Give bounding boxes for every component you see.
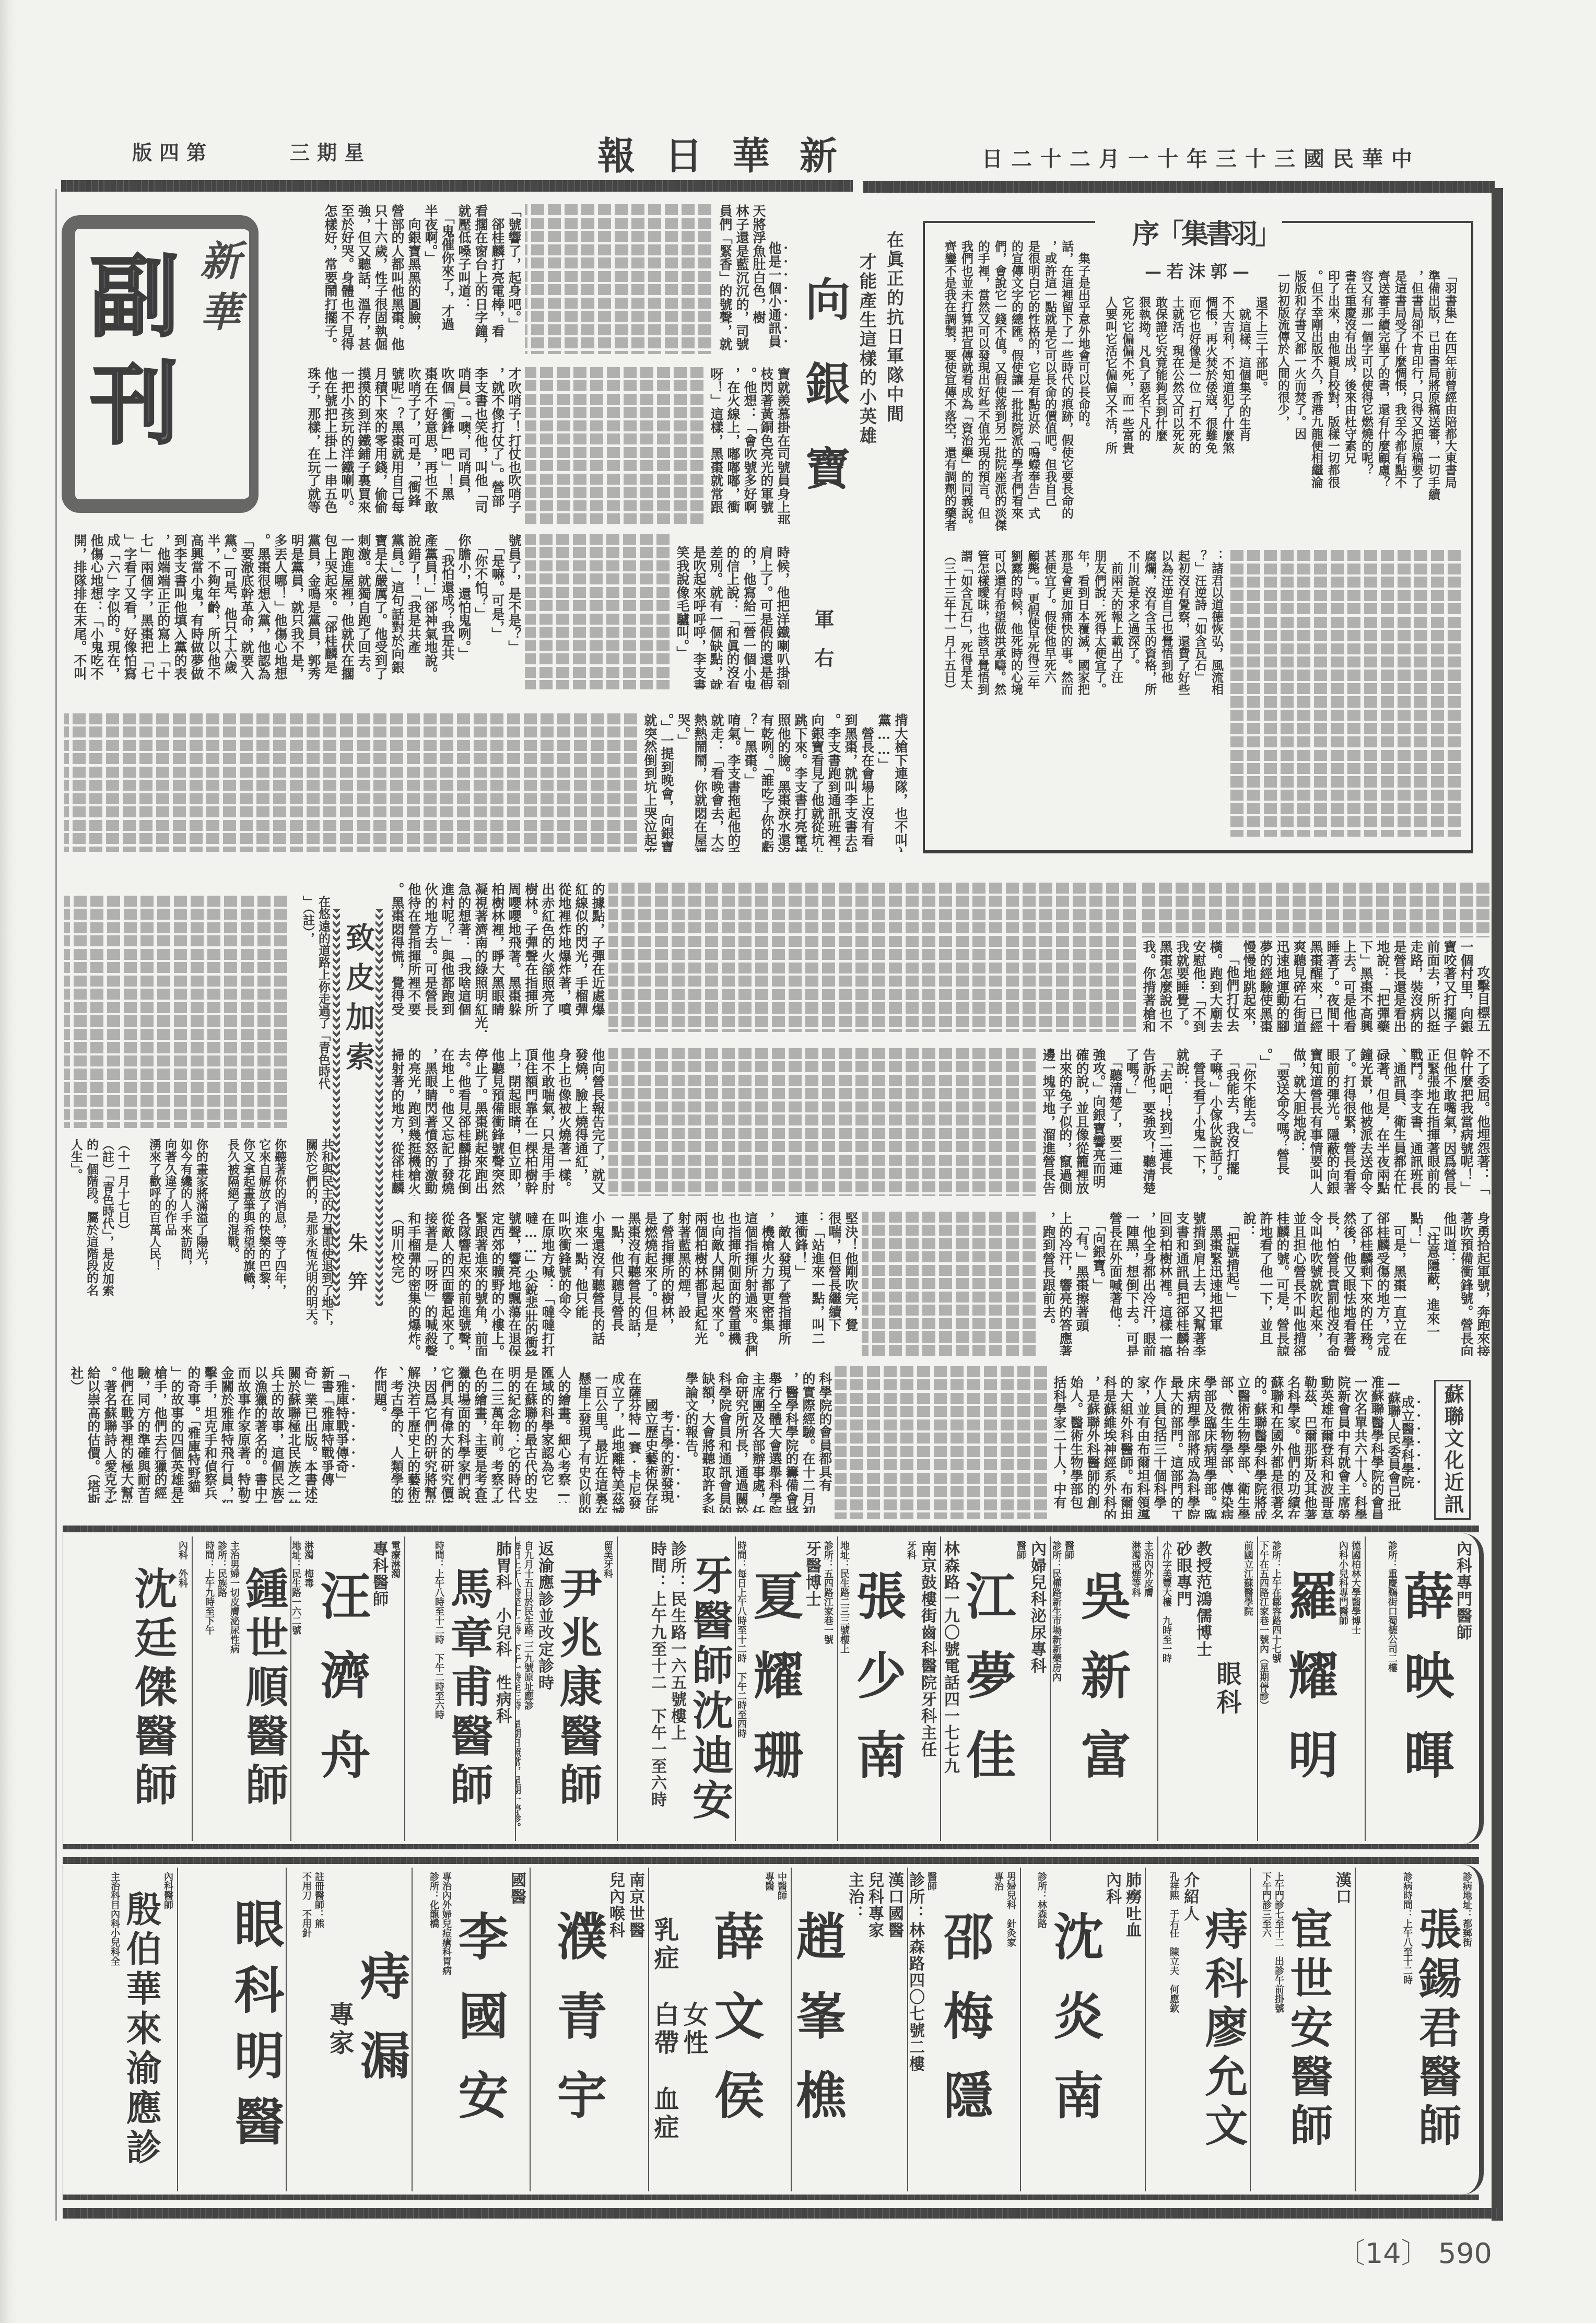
logo-script-text: 新華 — [187, 239, 246, 342]
ad-origin: 漢口 — [1332, 1872, 1352, 2187]
article-body-t7-left: 小鬼還沒有聽營長的話 進來一點，他只能 叫吹衝鋒號的命令 在原地方喊：「噠噠打打… — [389, 1212, 606, 1356]
ad-doctor-name: 江夢佳 — [960, 1541, 1014, 1837]
newspaper-title: 新華日報 — [554, 135, 867, 177]
ad-title: 中醫師 — [775, 1872, 788, 2187]
ad-doctor-name: 濮青宇 — [551, 1872, 605, 2187]
ad-dr-zhang-xijun: 診病地址：都郵街 張錫君醫師 診病時間：上午八至十二時 — [1356, 1864, 1476, 2195]
ad-notice: 返渝應診並改定診時 — [534, 1541, 554, 1837]
article-subtitle-1: 在眞正的抗日軍隊中間 — [884, 231, 905, 424]
ad-dr-pu-qingyu: 南京世醫 兒內喉科 濮青宇 — [531, 1864, 648, 2195]
soviet-news-title: 蘇聯文化近訊 — [1436, 1381, 1469, 1518]
ads-row-1: 內科專門醫師 薛映暉 診所：重慶鷄街口蜀德公司二樓 德國柏林大學醫學博士 內科小… — [63, 1533, 1481, 1844]
ad-dr-shen-tingjie: 內科 外科 沈廷傑醫師 — [67, 1533, 192, 1844]
ad-dr-zhong-shishun: 鍾世順醫師 主治男婦一切皮膚泌尿性病 診所：民族路 時間：上午九時至下午 — [193, 1533, 290, 1844]
soviet-news-title-box: 蘇聯文化近訊 — [1434, 1380, 1471, 1520]
ads-row-separator — [63, 1857, 1479, 1864]
ad-dr-xia-yaoshan: 診所：五四路江家巷一號 牙醫博士 夏耀珊 時間：每日上午八時至十二時 下午二時至… — [736, 1533, 837, 1844]
ad-referrers: 孔祥熙 于右任 陳立夫 何應欽 — [1167, 1872, 1180, 2187]
soviet-academy-body-cont: 科學院的會員都具有 的實際經驗。在十二月初 ，醫學科學院的籌備會將 舉行全體大會… — [682, 1372, 833, 1513]
issue-date: 中華民國三十三年十一月二十二日 — [950, 147, 1421, 171]
ad-doctor-name: 薛映暉 — [1398, 1541, 1452, 1837]
ad-doctor-name: 痔科廖允文 — [1200, 1872, 1247, 2187]
weekday-label: 星期三 — [262, 141, 371, 164]
ad-specialty: 痔漏 — [354, 1872, 408, 2187]
ad-dr-xue-wenhou: 中醫師 專醫 薛文侯 女性 乳症 白帶 血症 — [649, 1864, 791, 2195]
ad-notice: 不用刀 不用針 — [300, 1872, 312, 2187]
ad-specialty: 內科專門醫師 — [1452, 1541, 1472, 1837]
ad-hemorrhoid-specialist: 痔漏 專家 註冊醫師：熊 不用刀 不用針 — [287, 1864, 412, 2195]
ad-doctor-name: 薛文侯 — [708, 1872, 762, 2187]
ad-specialty: 肺癆吐血 — [1122, 1872, 1142, 2187]
ad-specialty: 女性 — [679, 1872, 708, 2187]
ad-doctor-name: 馬章甫醫師 — [445, 1541, 492, 1837]
ad-dr-zhao-fengqiao: 漢口國醫 兒科專家 主治： 趙峯樵 — [792, 1864, 907, 2195]
page-frame-right — [1492, 188, 1503, 2221]
ad-title: 專科醫師 — [369, 1541, 389, 1837]
ads-row-separator — [63, 1844, 1479, 1849]
preface-title: 「羽書集」序 — [1112, 218, 1280, 251]
poem-body-lower: 共和與民主的力量即使退到了地下， 關於它們的，是那永恆光明的明天。 你聽著你的消… — [64, 1139, 334, 1340]
ad-credential: 德國柏林大學醫學博士 — [1349, 1541, 1362, 1837]
poem-body-upper: 在悠遠的道路上你走過了「青色時代 」（註）， — [298, 896, 331, 1128]
article-body-t2-right: 寶就羨慕掛在司號員身上那 枝閃著黃銅色亮光的軍號 。他想：「會吹號多好啊 ，在火… — [708, 367, 791, 524]
preface-body-top-mid: 還不上三十部吧。 就這樣，這個集子的生肖 不大吉利，不知道犯了什麼煞 惆悵，再火… — [1099, 296, 1269, 531]
masthead-rule-left — [61, 180, 853, 192]
ad-dr-yin-zhaokang: 留美牙科 尹兆康醫師 返渝應診並改定診時 自九月十五日於民生路二二九號原址應診 … — [516, 1533, 617, 1844]
article-body-t6-right: 不了委屈。他埋怨著：「 幹什麼把我當病號呢！」 但他不敢嘴氣，因爲營長 正緊張地… — [1040, 1048, 1491, 1196]
preface-body-bottom: ：諸君以道德恢弘，風流相 ？」汪逆詩「如含瓦石」 起初沒有覺察，還費了好些 以為… — [937, 550, 1225, 837]
ad-doctor-name: 鍾世順醫師 — [240, 1541, 287, 1837]
ad-address: 診所：民權路新生市場新新藥房內 — [1051, 1541, 1062, 1837]
text-texture — [862, 1212, 1037, 1356]
poem-title: 致皮加索 — [342, 922, 374, 1081]
ads-row-2: 診病地址：都郵街 張錫君醫師 診病時間：上午八至十二時 漢口 宦世安醫師 上午門… — [63, 1864, 1481, 2195]
ad-doctor-name: 張少南 — [850, 1541, 905, 1837]
article-body-t7-mid: 堅決！他剛吹完，覺 很喘，但營長繼續下 ：「站進來一點，叫二 連衝鋒！」 敵人發… — [608, 1212, 859, 1356]
ad-credential: 牙醫博士 — [802, 1541, 822, 1837]
article-author: 軍右 — [811, 609, 834, 686]
text-texture — [608, 1048, 1037, 1196]
text-texture — [1140, 883, 1491, 937]
ad-doctor-name: 羅耀明 — [1282, 1541, 1336, 1837]
ad-dr-liao-yunwen: 痔科廖允文 介紹人 孔祥熙 于右任 陳立夫 何應欽 — [1146, 1864, 1250, 2195]
ad-dr-huan-shian: 漢口 宦世安醫師 上午門診七至十二 出診午前掛號 下午門診三至六 — [1251, 1864, 1355, 2195]
archaeology-body-cont: 人的繪畫。細心考察—這 匯域的科學家認為它 是在蘇聯的最古代的史前 明的紀念物：… — [371, 1366, 572, 1503]
text-texture — [525, 367, 705, 524]
ad-specialty: 眼科 — [1212, 1541, 1241, 1837]
ad-hours: 下午門診三至六 — [1260, 1872, 1272, 2187]
ad-doctor-name: 李國安 — [452, 1872, 507, 2187]
ad-dr-luo-yaoming: 德國柏林大學醫學博士 內科小兒科專門醫師 羅耀明 診所：上午在鄒容路四十七號 下… — [1258, 1533, 1365, 1844]
ad-title: 內科醫師 — [161, 1872, 174, 2187]
ad-specialty: 電療淋濁 — [389, 1541, 401, 1837]
ad-address: 診所：民族路 — [215, 1541, 228, 1837]
article-lead-line: 他是一個小通訊員 — [767, 241, 790, 354]
ad-address: 地址：民生路一六二號 — [291, 1541, 302, 1837]
soviet-academy-body: —蘇聯人民委員會已批 准蘇聯醫學科學院的會員第 一次名單共六十人。科學 院新會員… — [1051, 1376, 1402, 1519]
ad-referrer-label: 介紹人 — [1180, 1872, 1200, 2187]
ad-dr-xue-yinghui: 內科專門醫師 薛映暉 診所：重慶鷄街口蜀德公司二樓 — [1366, 1533, 1475, 1844]
article-body-t5-right: 攻擊目標五 一個村里，向銀 寶咬著又打擺子才 前面去，所以挺 走路，裝沒病的 是… — [1140, 940, 1491, 1032]
ad-specialty: 主治科目內科小兒科全 — [108, 1872, 121, 2187]
preface-box-top-left — [923, 221, 1095, 223]
ad-doctor-name: 尹兆康醫師 — [554, 1541, 601, 1837]
ad-dr-yin-bohua: 內科醫師 殷伯華來渝應診 主治科目內科小兒科全 — [67, 1864, 177, 2195]
ad-doctor-name: 汪濟舟 — [314, 1541, 369, 1837]
ad-title: 國醫 — [507, 1872, 526, 2187]
ad-title: 專家 — [325, 1872, 354, 2187]
edition-label: 第四版 — [104, 141, 214, 164]
ad-dr-fan-hongru: 前國立江蘇醫學院 眼科 教授范鴻儒博士 砂眼專門 小什字美豐大樓 九時至一時 — [1158, 1533, 1257, 1844]
ad-doctor-name: 趙峯樵 — [792, 1872, 844, 2187]
ad-hours: 時間：上午九時至下午 — [203, 1541, 215, 1837]
text-texture — [525, 534, 671, 689]
ad-specialty: 乳症 白帶 血症 — [650, 1872, 679, 2187]
ad-doctor-name: 註冊醫師：熊 — [312, 1872, 325, 2187]
article-body-t2-left: 才吹哨子！打仗也吹哨子 ，就不像打仗了」。營部 李支書也笑他，叫他「司 哨員」。… — [305, 367, 522, 524]
ad-dr-shao-meiyin: 男婦兒科 針灸家 專治 邵梅隱 醫師 診所：林森路四〇七號二樓 — [908, 1864, 1020, 2195]
preface-body-top-left: 集子是出乎意外地會可以長命的。 話，在這裡留下了一些時代的痕跡，假使它要長命的 … — [937, 240, 1092, 531]
ad-specialty: 主治內外皮膚 — [1142, 1541, 1154, 1837]
article-title-xiang-yinbao: 向銀寶 — [800, 276, 847, 537]
ad-hours: 時間：上午九至十二 下午一至六時 — [647, 1541, 667, 1837]
article-body-t4: 揹大槍下連隊，也不叫入 黨……」 營長在會場上沒有看 到黑棗，就叫李支書去找 。… — [641, 713, 909, 852]
archaeology-subhead: 考古學的新發現 — [660, 1410, 682, 1515]
ad-dr-shen-yannan: 肺癆吐血 內科 沈炎南 診所：林森路 — [1021, 1864, 1145, 2195]
ad-dr-ma-zhangfu: 肺胃科 小兒科 性病科 馬章甫醫師 時間：上午八時至十二時 下午二時至六時 — [405, 1533, 515, 1844]
ad-origin: 漢口國醫 — [884, 1872, 904, 2187]
ad-address: 林森路一九〇號電話四一七七九 — [941, 1541, 960, 1837]
preface-body-top-right: 「羽書集」在四年前曾經由陪都大東書局 準備出版，已由書局將原稿送審，一切手續 ，… — [1274, 270, 1458, 531]
ad-doctor-name: 夏耀珊 — [747, 1541, 802, 1837]
ad-doctor-name: 牙醫師沈迪安 — [687, 1541, 732, 1837]
yakut-book-subhead: 「雅庫特戰爭傳奇」 — [335, 1366, 357, 1503]
ad-origin: 南京世醫 — [625, 1872, 645, 2187]
ad-hours: 小什字美豐大樓 九時至一時 — [1160, 1541, 1172, 1837]
ad-doctor-name: 殷伯華來渝應診 — [121, 1872, 161, 2187]
supplement-logo: 新華 副刊 — [62, 215, 259, 513]
text-texture — [608, 883, 1137, 1032]
article-body-t1-left: 「號響了，起身吧。」 郤桂麟打亮電棒，看 看擱在窗台上的日字鐘， 就壓低嗓子叫道… — [313, 204, 522, 354]
article-body-t6-left: 他向營長報告完了，就又 發燒，臉上燒得通紅， 身上也像被火燒著一樣。 他不敢喘氣… — [389, 1048, 606, 1196]
ad-specialty: 內科 — [1102, 1872, 1122, 2187]
article-subtitle-2: 才能產生這樣的小英雄 — [856, 253, 877, 446]
ad-doctor-name: 邵梅隱 — [937, 1872, 992, 2187]
ad-specialty: 男婦兒科 針灸家 — [1004, 1872, 1017, 2187]
ad-specialty: 內婦兒科泌尿專科 — [1027, 1541, 1047, 1837]
ad-credential: 前國立江蘇醫學院 — [1241, 1541, 1254, 1837]
preface-box-top-right — [1282, 221, 1473, 223]
ad-credential: 留美牙科 — [601, 1541, 614, 1837]
ad-dr-zhang-shaonan: 南京鼓樓街齒科醫院牙科主任 牙科 張少南 地址：民生路二三三號樓上 — [838, 1533, 940, 1844]
ad-eye-doctor: 眼科明醫 — [178, 1864, 286, 2195]
article-body-t3-left: 號員了，是不是？」 「是嘛。可是，」 「你不怕？」 你膽小，還怕鬼咧。」 「我怕… — [71, 534, 522, 689]
ad-specialty: 內科 外科 — [176, 1541, 189, 1837]
preface-author: —郭沫若— — [1098, 262, 1254, 281]
ad-doctor-name: 張錫君醫師 — [1413, 1872, 1460, 2187]
article-body-t5-left: 的據點，子彈在近處爆 紅線似的閃光，手榴彈 從地裡炸地爆炸著，噴 出赤紅色的火燄… — [389, 883, 606, 1032]
text-texture — [525, 204, 713, 354]
ad-doctor-name: 吳新富 — [1075, 1541, 1129, 1837]
ad-address: 自九月十五日於民生路二二九號原址應診 — [522, 1541, 534, 1837]
archive-page-number: 〔14〕 590 — [1337, 2231, 1492, 2271]
ad-doctor-name: 沈炎南 — [1048, 1872, 1102, 2187]
ad-specialty: 主治： — [844, 1872, 864, 2187]
soviet-academy-subhead: 成立醫學科學院 — [1400, 1395, 1423, 1516]
text-texture — [1227, 550, 1462, 837]
ad-specialty: 肺胃科 小兒科 性病科 — [492, 1541, 512, 1837]
ad-dr-li-guoan: 國醫 李國安 專治內外婦兒痘瘡科胃病 診所：化龍橋 — [413, 1864, 530, 2195]
ad-doctor-name: 教授范鴻儒博士 — [1192, 1541, 1212, 1837]
ad-specialty: 兒科專家 — [864, 1872, 884, 2187]
ad-specialty: 兒內喉科 — [605, 1872, 625, 2187]
yakut-book-body: 新書「雅庫特戰爭傳 奇」業已出版。本書述敘 關於蘇聯極北民族之一的 兵士的故事，… — [68, 1366, 335, 1503]
ad-dr-shen-dian: 牙醫師沈迪安 診所：民生路一六五號樓上 時間：上午九至十二 下午一至六時 — [618, 1533, 735, 1844]
logo-main-text: 副刊 — [77, 250, 177, 465]
ad-specialty: 砂眼專門 — [1172, 1541, 1192, 1837]
article-body-t1-right: 天將浮魚肚白色，樹 林子還是藍沉沉的，司號 員們「緊香」的號聲，就 — [715, 204, 767, 354]
article-body-t3-right: 時候，他把洋鐵喇叭掛到 肩上了。可是假的還是假 的，他寫給二營一個小鬼 的信上說… — [674, 546, 791, 689]
ad-doctor-name: 沈廷傑醫師 — [129, 1541, 176, 1837]
text-texture — [835, 1366, 1049, 1519]
text-texture — [64, 713, 639, 852]
ad-doctor-name: 宦世安醫師 — [1285, 1872, 1332, 2187]
ads-top-rule — [63, 1526, 1479, 1532]
ad-dr-jiang-mengjia: 內婦兒科泌尿專科 醫師 江夢佳 林森路一九〇號電話四一七七九 — [941, 1533, 1050, 1844]
ad-address: 診所：化龍橋 — [427, 1872, 440, 2187]
ad-address: 診所：民生路一六五號樓上 — [667, 1541, 687, 1837]
ad-address: 診病地址：都郵街 — [1460, 1872, 1473, 2187]
scan-edge — [0, 0, 18, 2323]
poem-author: 朱笄 — [345, 1233, 368, 1310]
ad-address: 診所：五四路江家巷一號 — [822, 1541, 834, 1837]
page-frame-left — [55, 189, 57, 2221]
masthead-rule-right — [863, 181, 1495, 193]
ads-bottom-rule-thin — [63, 2195, 1479, 2200]
poem-title-border-right — [375, 909, 383, 1306]
ads-bottom-rule — [63, 2208, 1499, 2219]
ad-address: 診所：林森路四〇七號二樓 — [908, 1872, 925, 2187]
ad-hours: 每日上午八時至十二時 下午一時至三時 星期日照常，星期一停診。 — [516, 1541, 522, 1837]
text-texture — [64, 896, 289, 1128]
archaeology-body: 國立歷史藝術保存所 在薩芬特—賽·卡尼發 成立了，此地離特美茲城 一百公里。最近… — [574, 1372, 659, 1513]
ad-address: 下午在五四路江家巷一號內（星期停診） — [1258, 1541, 1270, 1837]
ad-dr-wu-xinfu: 主治內外皮膚 淋濁戒煙等科 吳新富 醫師 診所：民權路新生市場新新藥房內 — [1051, 1533, 1157, 1844]
ad-specialty: 眼科明醫 — [228, 1872, 283, 2187]
article-body-t7-right: 身勇拾起軍號，奔跑來接 著吹預備衝鋒號。營長向 他叫道： 「注意隱蔽，進來一 點… — [1040, 1212, 1491, 1356]
ad-dr-wang-jizhou: 電療淋濁 專科醫師 汪濟舟 淋濁 梅毒 地址：民生路一六二號 — [291, 1533, 404, 1844]
ad-credential: 南京鼓樓街齒科醫院牙科主任 — [917, 1541, 937, 1837]
